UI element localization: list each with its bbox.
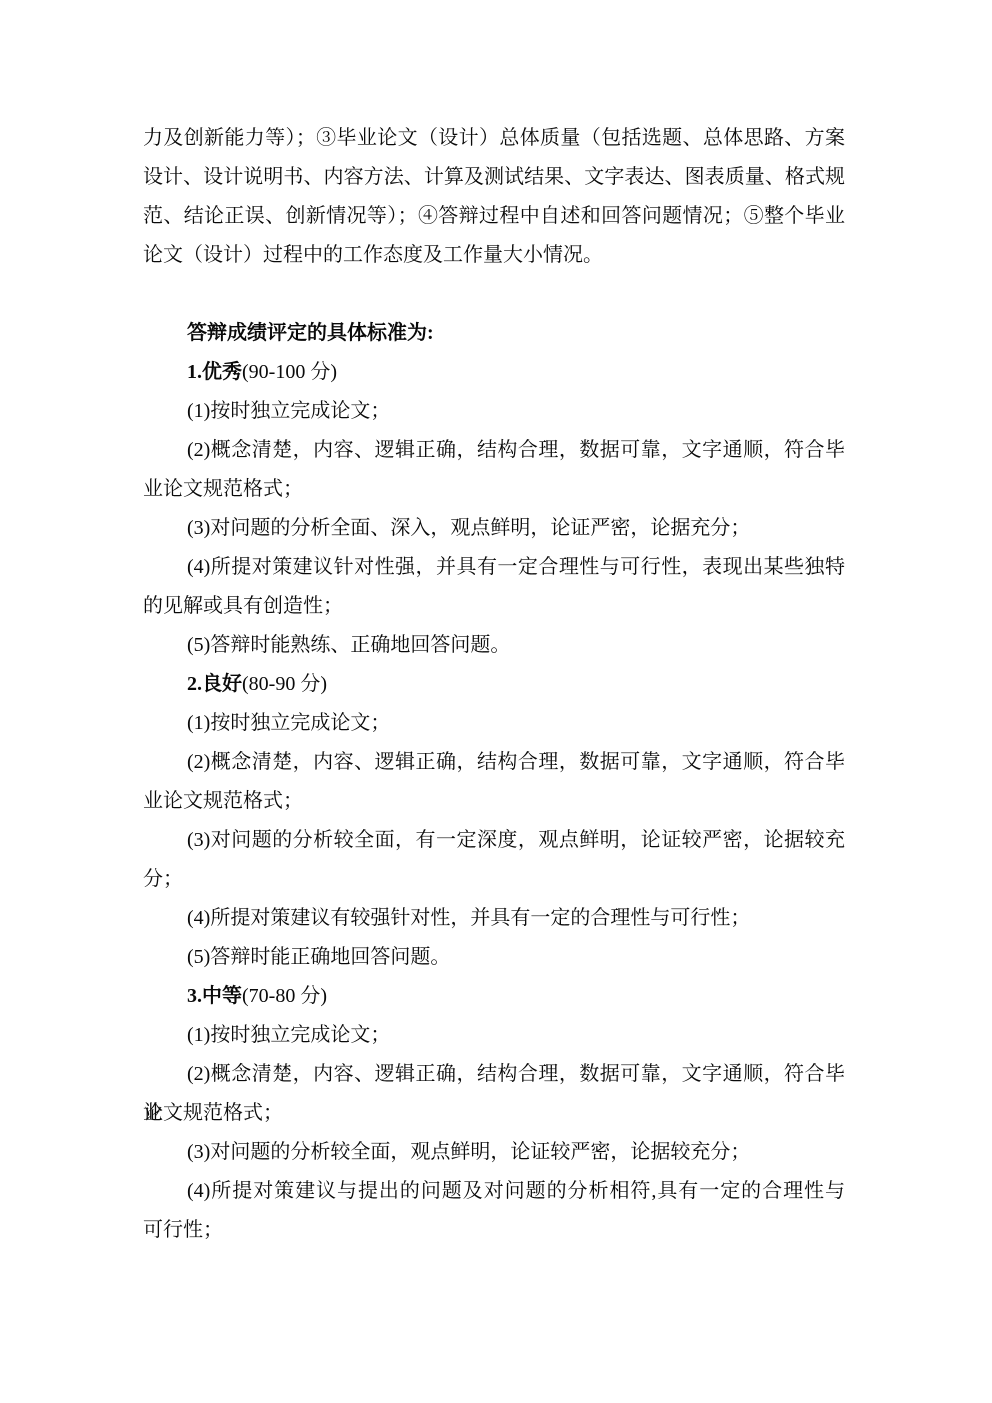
intro-line: 范、结论正误、创新情况等）；④答辩过程中自述和回答问题情况；⑤整个毕业 [143, 197, 845, 236]
criteria-item-line: (2)概念清楚，内容、逻辑正确，结构合理，数据可靠，文字通顺，符合毕 [143, 743, 845, 782]
section-score-label: (70-80 分) [242, 985, 327, 1007]
criteria-item-line: 的见解或具有创造性； [143, 587, 845, 626]
criteria-item-line: 业论文规范格式； [143, 782, 845, 821]
criteria-item-line: (1)按时独立完成论文； [143, 392, 845, 431]
criteria-item-line: (1)按时独立完成论文； [143, 704, 845, 743]
intro-line: 设计、设计说明书、内容方法、计算及测试结果、文字表达、图表质量、格式规 [143, 158, 845, 197]
criteria-heading: 答辩成绩评定的具体标准为: [143, 314, 845, 353]
criteria-item-line: (4)所提对策建议有较强针对性，并具有一定的合理性与可行性； [143, 899, 845, 938]
document-page: 力及创新能力等）；③毕业论文（设计）总体质量（包括选题、总体思路、方案 设计、设… [0, 0, 992, 1403]
intro-line: 力及创新能力等）；③毕业论文（设计）总体质量（包括选题、总体思路、方案 [143, 119, 845, 158]
criteria-item-line: 可行性； [143, 1211, 845, 1250]
criteria-item-line: (2)概念清楚，内容、逻辑正确，结构合理，数据可靠，文字通顺，符合毕业 [143, 1055, 845, 1094]
criteria-item-line: (3)对问题的分析较全面，观点鲜明，论证较严密，论据较充分； [143, 1133, 845, 1172]
criteria-item-line: (1)按时独立完成论文； [143, 1016, 845, 1055]
criteria-item-line: (3)对问题的分析较全面，有一定深度，观点鲜明，论证较严密，论据较充 [143, 821, 845, 860]
section-number-label: 2.良好 [187, 673, 242, 695]
criteria-item-line: (5)答辩时能熟练、正确地回答问题。 [143, 626, 845, 665]
section-score-label: (80-90 分) [242, 673, 327, 695]
criteria-item-line: 业论文规范格式； [143, 470, 845, 509]
section-title-average: 3.中等(70-80 分) [143, 977, 845, 1016]
criteria-item-line: (5)答辩时能正确地回答问题。 [143, 938, 845, 977]
section-number-label: 1.优秀 [187, 361, 242, 383]
criteria-item-line: (4)所提对策建议与提出的问题及对问题的分析相符,具有一定的合理性与 [143, 1172, 845, 1211]
section-score-label: (90-100 分) [242, 361, 337, 383]
criteria-item-line: (2)概念清楚，内容、逻辑正确，结构合理，数据可靠，文字通顺，符合毕 [143, 431, 845, 470]
section-title-good: 2.良好(80-90 分) [143, 665, 845, 704]
criteria-item-line: (3)对问题的分析全面、深入，观点鲜明，论证严密，论据充分； [143, 509, 845, 548]
blank-line [143, 275, 845, 314]
section-title-excellent: 1.优秀(90-100 分) [143, 353, 845, 392]
section-number-label: 3.中等 [187, 985, 242, 1007]
criteria-item-line: (4)所提对策建议针对性强，并具有一定合理性与可行性，表现出某些独特 [143, 548, 845, 587]
criteria-item-line: 分； [143, 860, 845, 899]
intro-line: 论文（设计）过程中的工作态度及工作量大小情况。 [143, 236, 845, 275]
criteria-item-line: 论文规范格式； [143, 1094, 845, 1133]
